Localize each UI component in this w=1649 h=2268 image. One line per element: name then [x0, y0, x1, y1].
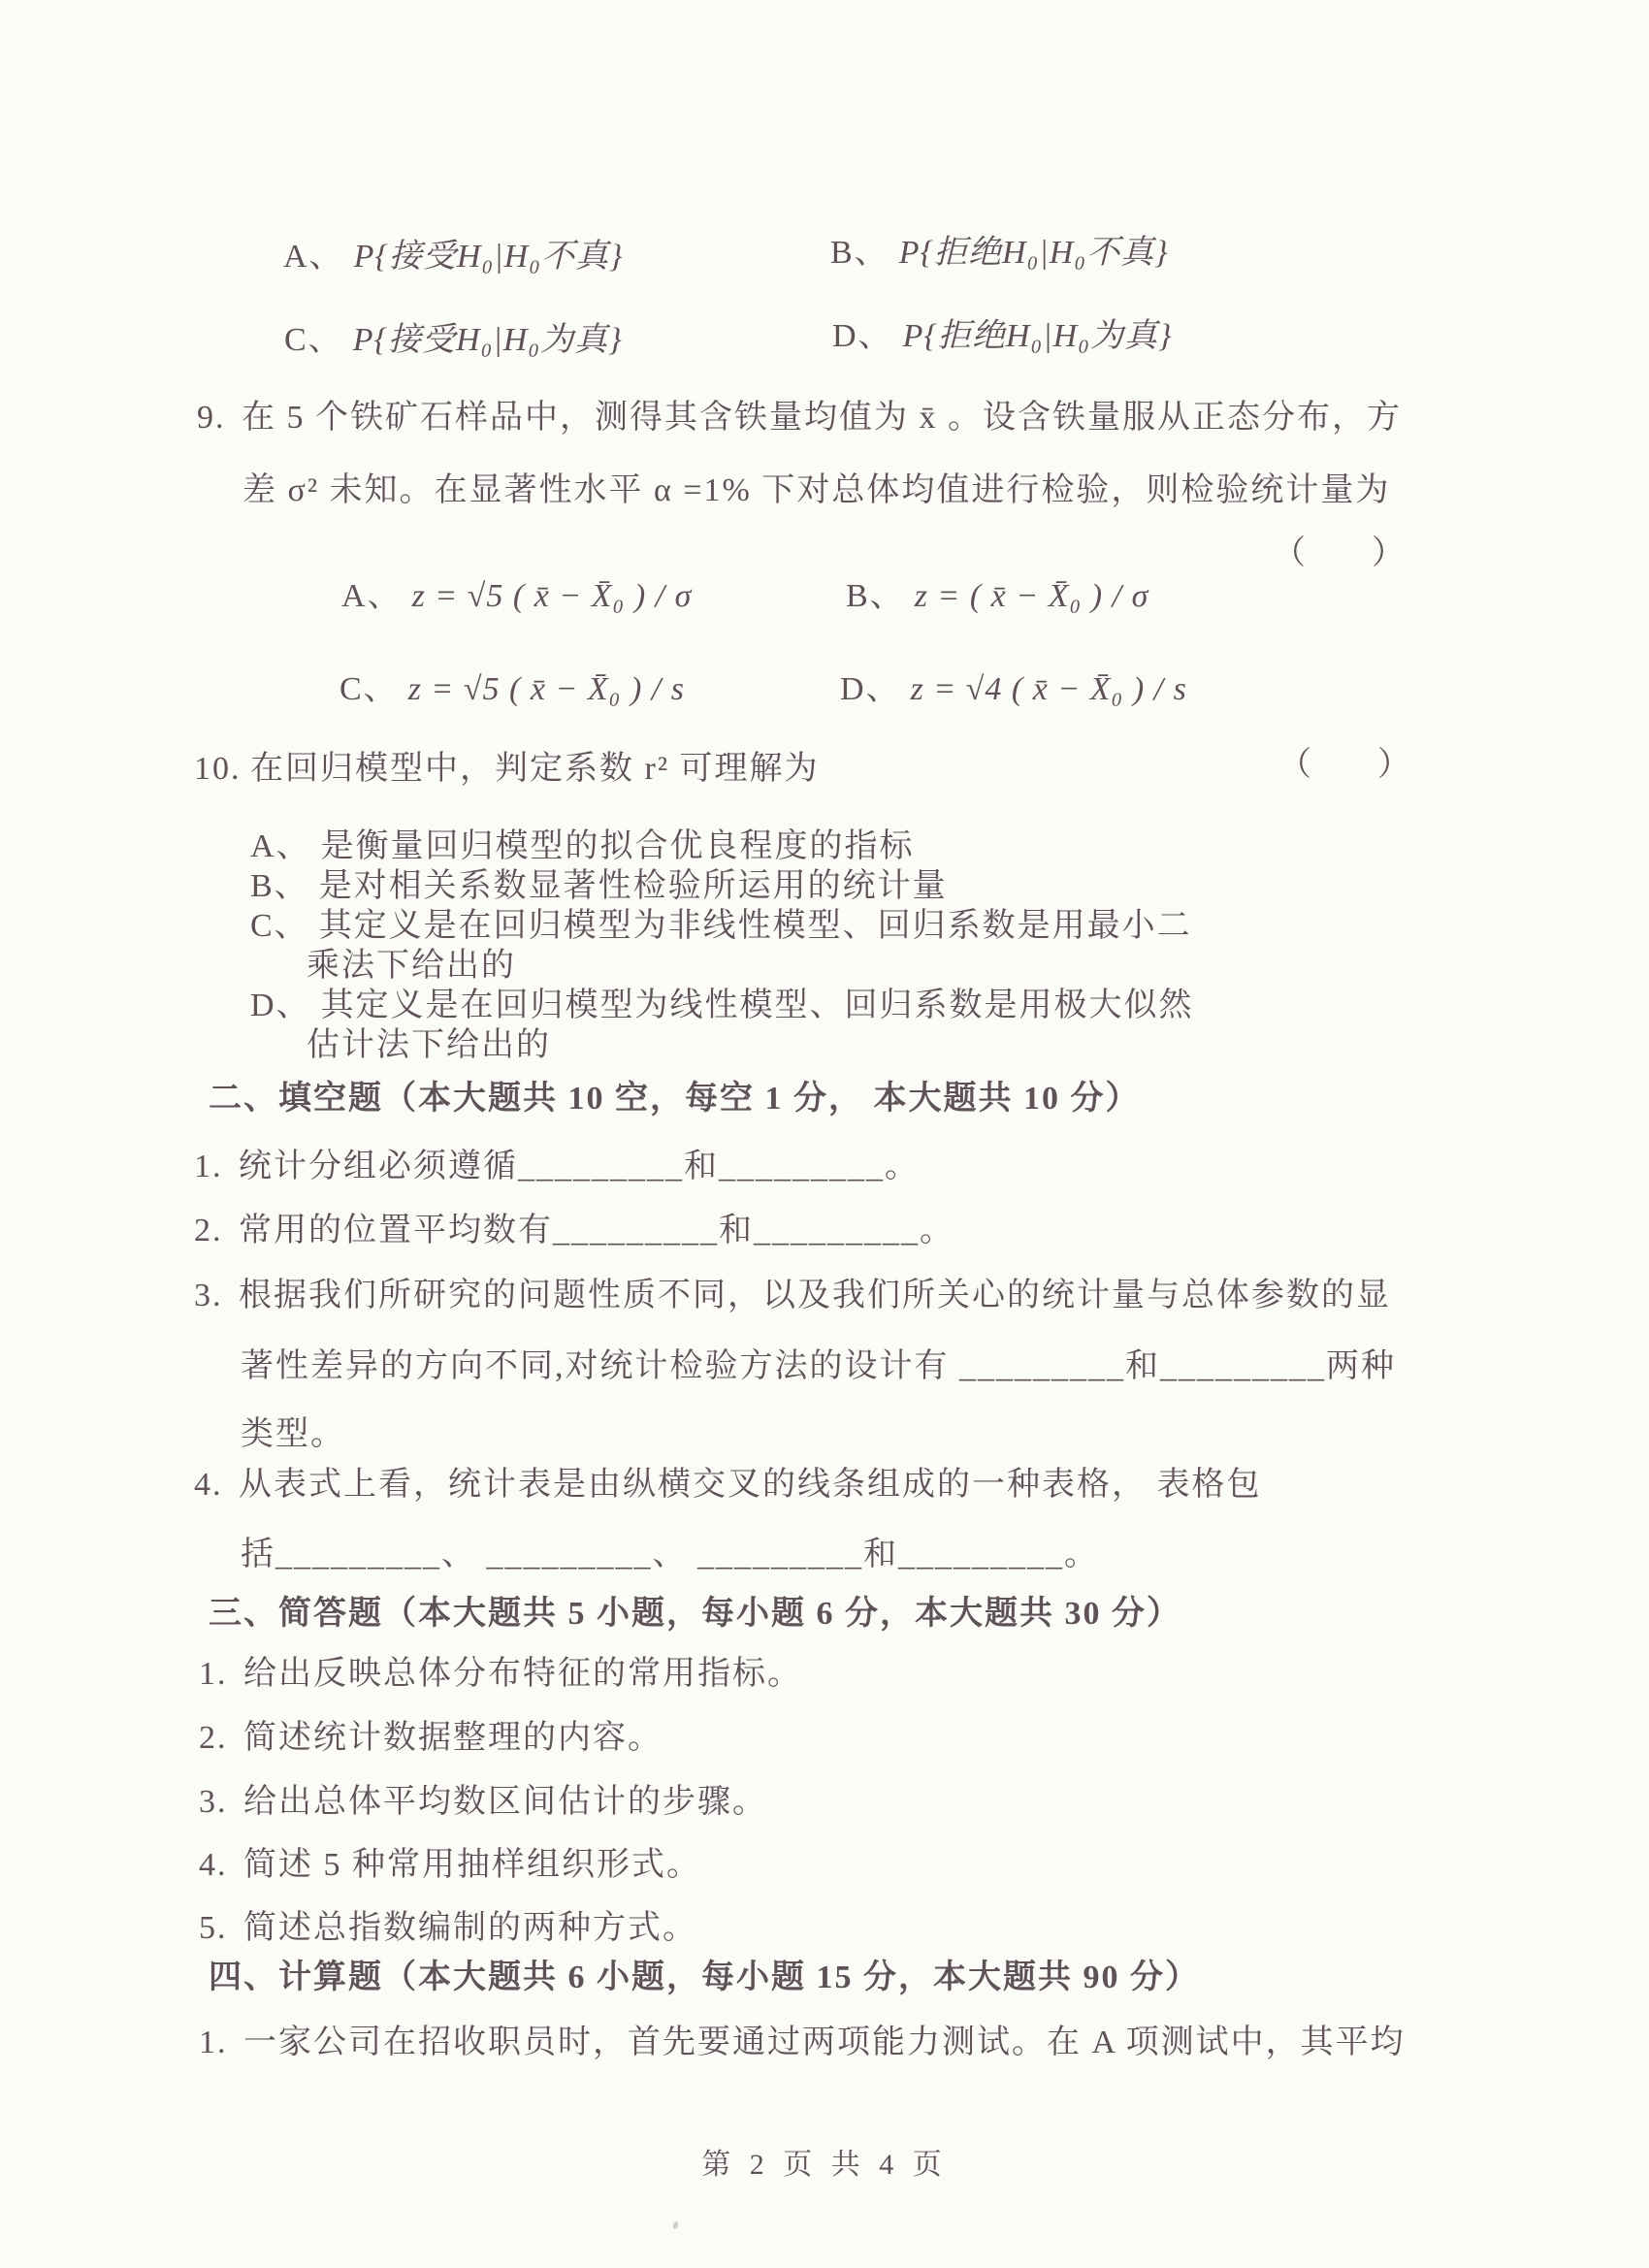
section-3-heading: 三、简答题（本大题共 5 小题，每小题 6 分，本大题共 30 分）	[209, 1594, 1181, 1636]
option-formula: z = √5 ( x̄ − X̄₀ ) / s	[408, 671, 685, 707]
fill-blank-item-4-line2: 括_________、 _________、 _________和_______…	[241, 1535, 1099, 1576]
item-text: 括_________、 _________、 _________和_______…	[241, 1537, 1099, 1572]
section-heading-text: 四、计算题（本大题共 6 小题，每小题 15 分，本大题共 90 分）	[209, 1960, 1200, 1995]
option-text: 其定义是在回归模型为线性模型、回归系数是用极大似然	[321, 988, 1194, 1023]
option-label: B、	[830, 233, 889, 275]
option-label: C、	[250, 906, 309, 948]
answer-brackets: （ ）	[1273, 535, 1405, 571]
item-number: 4.	[199, 1845, 243, 1887]
prev-option-b: B、P{拒绝H₀|H₀不真}	[830, 233, 1169, 275]
prev-option-a: A、P{接受H₀|H₀不真}	[283, 237, 624, 278]
fill-blank-item-3: 3.根据我们所研究的问题性质不同，以及我们所关心的统计量与总体参数的显	[194, 1276, 1391, 1317]
option-formula: z = √4 ( x̄ − X̄₀ ) / s	[911, 671, 1187, 707]
option-label: D、	[250, 986, 311, 1027]
prev-option-c: C、P{接受H₀|H₀为真}	[284, 320, 623, 362]
scan-speck	[672, 2220, 679, 2229]
option-formula: P{拒绝H₀|H₀为真}	[903, 318, 1173, 354]
option-formula: P{拒绝H₀|H₀不真}	[899, 235, 1169, 271]
option-label: B、	[250, 866, 309, 908]
fill-blank-item-2: 2.常用的位置平均数有_________和_________。	[194, 1211, 954, 1252]
fill-blank-item-3-line2: 著性差异的方向不同,对统计检验方法的设计有 _________和________…	[241, 1346, 1396, 1388]
short-answer-item-3: 3.给出总体平均数区间估计的步骤。	[199, 1782, 767, 1824]
item-text: 著性差异的方向不同,对统计检验方法的设计有 _________和________…	[241, 1348, 1396, 1384]
option-formula: P{接受H₀|H₀不真}	[354, 239, 624, 275]
item-text: 简述统计数据整理的内容。	[243, 1720, 663, 1756]
question-9-option-d: D、z = √4 ( x̄ − X̄₀ ) / s	[840, 669, 1187, 711]
question-10-option-d: D、其定义是在回归模型为线性模型、回归系数是用极大似然	[250, 986, 1194, 1027]
item-text: 统计分组必须遵循_________和_________。	[239, 1149, 920, 1184]
item-number: 5.	[199, 1908, 243, 1950]
question-9-option-c: C、z = √5 ( x̄ − X̄₀ ) / s	[339, 669, 685, 711]
option-label: A、	[283, 237, 344, 278]
short-answer-item-1: 1.给出反映总体分布特征的常用指标。	[199, 1654, 802, 1696]
question-text: 在 5 个铁矿石样品中，测得其含铁量均值为 x̄ 。设含铁量服从正态分布，方	[242, 400, 1402, 436]
item-text: 简述总指数编制的两种方式。	[243, 1910, 697, 1946]
question-9-line2: 差 σ² 未知。在显著性水平 α =1% 下对总体均值进行检验，则检验统计量为	[242, 470, 1390, 512]
section-4-heading: 四、计算题（本大题共 6 小题，每小题 15 分，本大题共 90 分）	[209, 1958, 1200, 1999]
question-9-option-b: B、z = ( x̄ − X̄₀ ) / σ	[846, 576, 1148, 618]
item-text: 常用的位置平均数有_________和_________。	[239, 1213, 954, 1248]
option-label: D、	[832, 316, 893, 358]
question-text: 在回归模型中，判定系数 r² 可理解为	[250, 751, 820, 787]
item-number: 1.	[199, 2023, 243, 2064]
option-label: C、	[339, 669, 399, 711]
question-10-option-a: A、是衡量回归模型的拟合优良程度的指标	[250, 826, 915, 868]
option-text: 估计法下给出的	[307, 1027, 551, 1063]
option-label: B、	[846, 576, 905, 618]
item-text: 从表式上看，统计表是由纵横交叉的线条组成的一种表格， 表格包	[239, 1467, 1262, 1503]
question-9-option-a: A、z = √5 ( x̄ − X̄₀ ) / σ	[341, 576, 692, 618]
option-formula: z = √5 ( x̄ − X̄₀ ) / σ	[412, 578, 693, 614]
option-label: A、	[341, 576, 403, 618]
section-heading-text: 二、填空题（本大题共 10 空，每空 1 分， 本大题共 10 分）	[209, 1081, 1141, 1117]
option-label: A、	[250, 826, 311, 868]
prev-option-d: D、P{拒绝H₀|H₀为真}	[832, 316, 1173, 358]
short-answer-item-4: 4.简述 5 种常用抽样组织形式。	[199, 1845, 701, 1887]
option-text: 是衡量回归模型的拟合优良程度的指标	[321, 828, 915, 864]
item-number: 4.	[194, 1465, 239, 1507]
answer-brackets: （ ）	[1278, 747, 1410, 783]
calculation-item-1: 1.一家公司在招收职员时，首先要通过两项能力测试。在 A 项测试中，其平均	[199, 2023, 1406, 2064]
section-2-heading: 二、填空题（本大题共 10 空，每空 1 分， 本大题共 10 分）	[209, 1079, 1141, 1120]
section-heading-text: 三、简答题（本大题共 5 小题，每小题 6 分，本大题共 30 分）	[209, 1596, 1181, 1632]
page-number-text: 第 2 页 共 4 页	[701, 2149, 948, 2181]
short-answer-item-5: 5.简述总指数编制的两种方式。	[199, 1908, 697, 1950]
question-10-option-d-wrap: 估计法下给出的	[307, 1025, 551, 1067]
item-number: 2.	[194, 1211, 239, 1252]
option-text: 其定义是在回归模型为非线性模型、回归系数是用最小二	[319, 908, 1192, 944]
item-number: 3.	[194, 1276, 239, 1317]
question-10-answer-brackets: （ ）	[1278, 745, 1410, 787]
item-text: 一家公司在招收职员时，首先要通过两项能力测试。在 A 项测试中，其平均	[243, 2025, 1406, 2060]
item-number: 1.	[194, 1147, 239, 1188]
page-footer: 第 2 页 共 4 页	[0, 2140, 1649, 2183]
item-text: 给出反映总体分布特征的常用指标。	[243, 1656, 802, 1692]
item-text: 简述 5 种常用抽样组织形式。	[243, 1847, 701, 1883]
exam-page: A、P{接受H₀|H₀不真} B、P{拒绝H₀|H₀不真} C、P{接受H₀|H…	[0, 0, 1649, 2268]
item-text: 给出总体平均数区间估计的步骤。	[243, 1784, 767, 1820]
question-10-option-c: C、其定义是在回归模型为非线性模型、回归系数是用最小二	[250, 906, 1192, 948]
question-10-stem: 10.在回归模型中，判定系数 r² 可理解为	[194, 749, 820, 791]
item-text: 类型。	[241, 1416, 345, 1452]
question-9-answer-brackets: （ ）	[1273, 534, 1405, 575]
item-number: 2.	[199, 1718, 243, 1760]
question-text: 差 σ² 未知。在显著性水平 α =1% 下对总体均值进行检验，则检验统计量为	[242, 472, 1390, 508]
option-text: 乘法下给出的	[307, 948, 516, 984]
question-10-option-b: B、是对相关系数显著性检验所运用的统计量	[250, 866, 948, 908]
item-text: 根据我们所研究的问题性质不同，以及我们所关心的统计量与总体参数的显	[239, 1278, 1391, 1313]
fill-blank-item-1: 1.统计分组必须遵循_________和_________。	[194, 1147, 920, 1188]
option-label: C、	[284, 320, 343, 362]
option-formula: P{接受H₀|H₀为真}	[353, 322, 623, 358]
option-text: 是对相关系数显著性检验所运用的统计量	[319, 868, 948, 904]
question-number: 10.	[194, 749, 250, 791]
question-9-line1: 9.在 5 个铁矿石样品中，测得其含铁量均值为 x̄ 。设含铁量服从正态分布，方	[197, 398, 1402, 439]
fill-blank-item-3-line3: 类型。	[241, 1414, 345, 1456]
item-number: 1.	[199, 1654, 243, 1696]
option-formula: z = ( x̄ − X̄₀ ) / σ	[915, 578, 1149, 614]
question-number: 9.	[197, 398, 242, 439]
item-number: 3.	[199, 1782, 243, 1824]
option-label: D、	[840, 669, 901, 711]
question-10-option-c-wrap: 乘法下给出的	[307, 946, 516, 988]
short-answer-item-2: 2.简述统计数据整理的内容。	[199, 1718, 663, 1760]
fill-blank-item-4: 4.从表式上看，统计表是由纵横交叉的线条组成的一种表格， 表格包	[194, 1465, 1262, 1507]
